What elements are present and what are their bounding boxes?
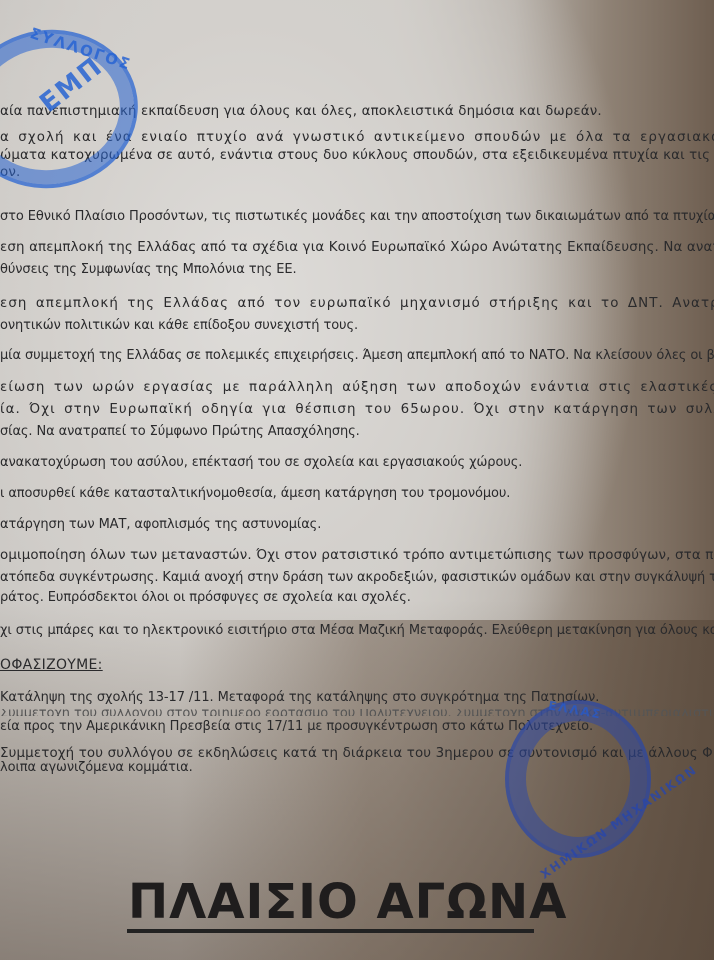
text-line: ομιμοποίηση όλων των μεταναστών. Όχι στο… — [0, 548, 714, 564]
text-line: σίας. Να ανατραπεί το Σύμφωνο Πρώτης Απα… — [0, 424, 360, 440]
text-line: ία. Όχι στην Ευρωπαϊκή οδηγία για θέσπισ… — [0, 402, 714, 418]
title-underline — [127, 929, 534, 933]
decision-line: εία προς την Αμερικάνικη Πρεσβεία στις 1… — [0, 719, 593, 735]
department-stamp-icon — [505, 700, 651, 858]
text-line: εση απεμπλοκή της Ελλάδας από τα σχέδια … — [0, 240, 714, 256]
text-line: στο Εθνικό Πλαίσιο Προσόντων, τις πιστωτ… — [0, 209, 714, 225]
decision-line: Κατάληψη της σχολής 13-17 /11. Μεταφορά … — [0, 690, 599, 706]
text-line: ονητικών πολιτικών και κάθε επίδοξου συν… — [0, 318, 358, 334]
document-title: ΠΛΑΙΣΙΟ ΑΓΩΝΑ — [128, 874, 567, 930]
text-line: ανακατοχύρωση του ασύλου, επέκτασή του σ… — [0, 455, 522, 471]
text-line: ατάργηση των ΜΑΤ, αφοπλισμός της αστυνομ… — [0, 517, 321, 533]
text-line: ι αποσυρθεί κάθε κατασταλτικήνομοθεσία, … — [0, 486, 510, 502]
text-line: ατόπεδα συγκέντρωσης. Καμιά ανοχή στην δ… — [0, 570, 714, 586]
text-line: εση απεμπλοκή της Ελλάδας από τον ευρωπα… — [0, 296, 714, 312]
decision-line: λοιπα αγωνιζόμενα κομμάτια. — [0, 760, 193, 776]
text-line: μία συμμετοχή της Ελλάδας σε πολεμικές ε… — [0, 348, 714, 364]
decisions-heading: ΟΦΑΣΙΖΟΥΜΕ: — [0, 657, 103, 673]
text-line: είωση των ωρών εργασίας με παράλληλη αύξ… — [0, 380, 714, 396]
text-line: ράτος. Ευπρόσδεκτοι όλοι οι πρόσφυγες σε… — [0, 590, 411, 606]
text-line: χι στις μπάρες και το ηλεκτρονικό εισιτή… — [0, 623, 714, 639]
text-line: θύνσεις της Συμφωνίας της Μπολόνια της Ε… — [0, 262, 296, 278]
